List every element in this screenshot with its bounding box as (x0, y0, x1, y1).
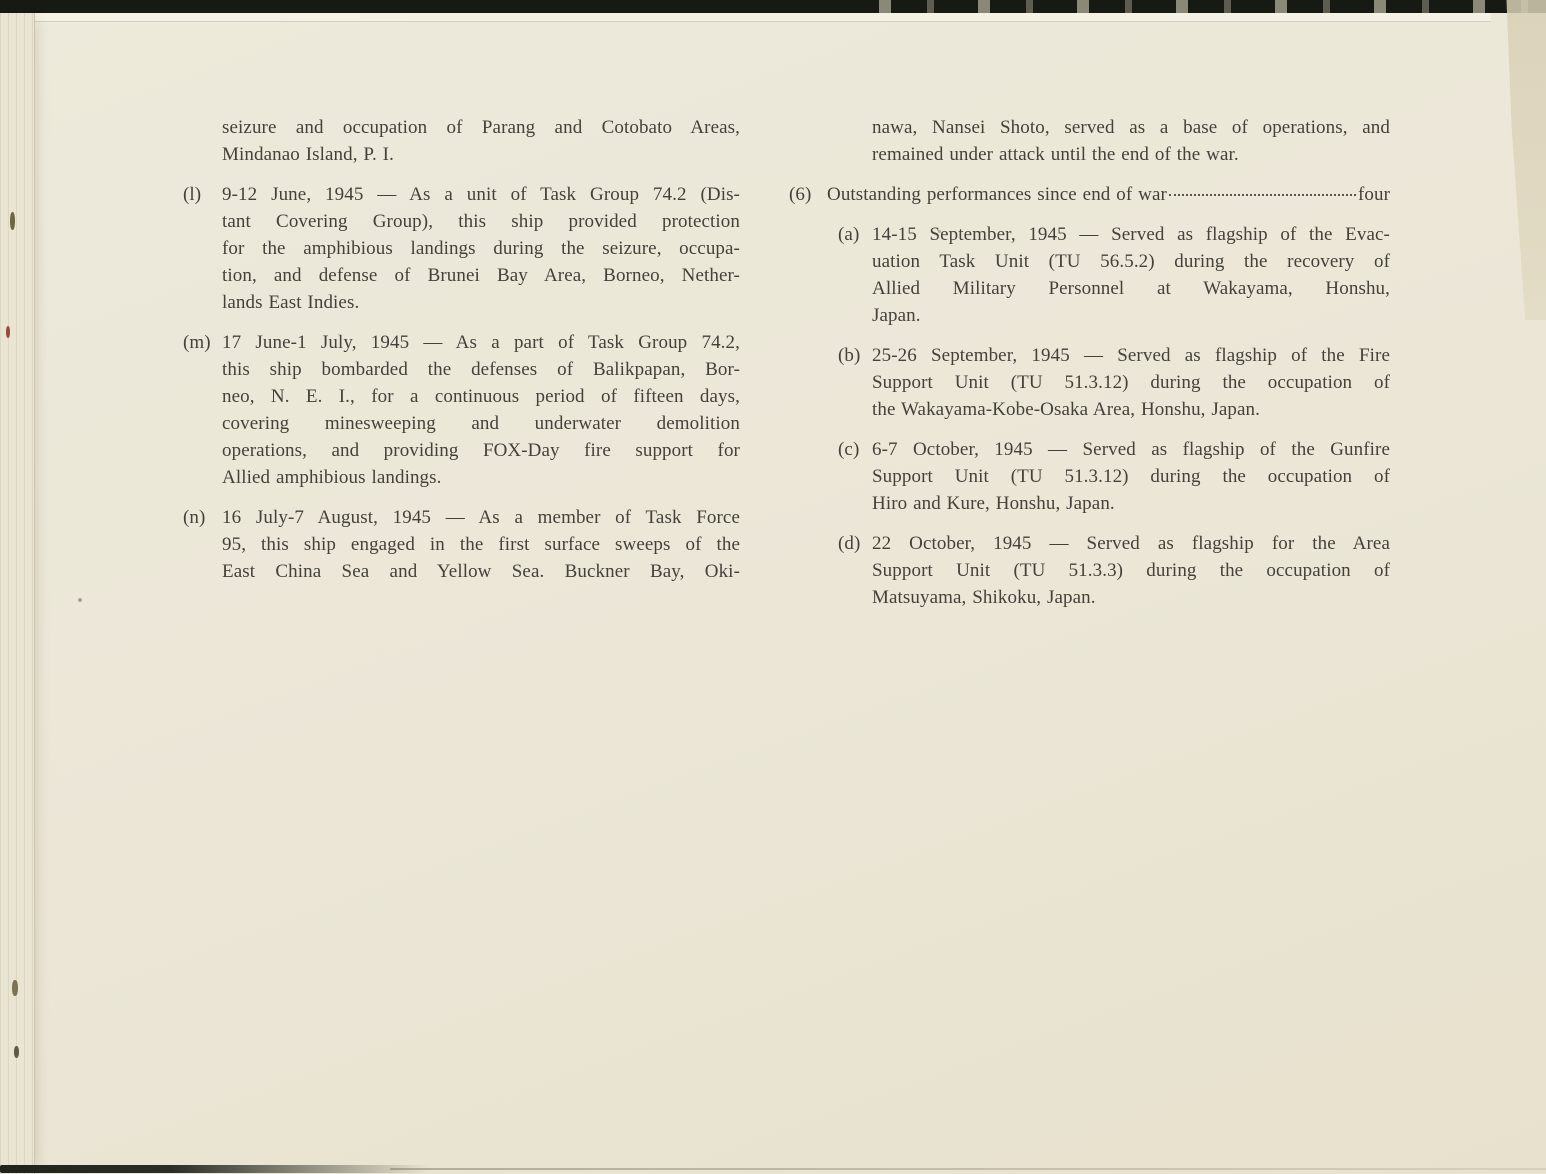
book-binding-edge (0, 13, 35, 1174)
item-label: (n) (183, 504, 222, 585)
heading-item-6: (6) Outstanding performances since end o… (789, 181, 1390, 208)
book-bottom-shadow (0, 1165, 430, 1173)
right-column-items: (a) 14-15 September, 1945 — Served as fl… (789, 221, 1390, 611)
list-item: (d) 22 October, 1945 — Served as flagshi… (789, 530, 1390, 611)
item-label: (l) (183, 181, 222, 316)
list-item: (a) 14-15 September, 1945 — Served as fl… (789, 221, 1390, 329)
paper-speck (78, 598, 82, 602)
list-item: (m) 17 June-1 July, 1945 — As a part of … (183, 329, 740, 491)
item-text: 16 July-7 August, 1945 — As a member of … (222, 504, 740, 585)
list-item: (c) 6-7 October, 1945 — Served as flagsh… (789, 436, 1390, 517)
binding-tear-mark (10, 212, 15, 230)
item-text: 14-15 September, 1945 — Served as flagsh… (872, 221, 1390, 329)
item-text: 17 June-1 July, 1945 — As a part of Task… (222, 329, 740, 491)
scanned-book-page: seizure and occupation of Parang and Cot… (0, 0, 1546, 1174)
item-label: (d) (838, 530, 872, 611)
paragraph-text: seizure and occupation of Parang and Cot… (222, 114, 740, 168)
item-label: (a) (838, 221, 872, 329)
list-item: (n) 16 July-7 August, 1945 — As a member… (183, 504, 740, 585)
page-bottom-edge-line (390, 1168, 1546, 1170)
dotted-leader (1169, 194, 1356, 196)
page-top-edge-highlight (0, 13, 1491, 22)
item-label: (c) (838, 436, 872, 517)
heading-text: Outstanding performances since end of wa… (827, 181, 1167, 208)
item-label: (m) (183, 329, 222, 491)
list-item: (l) 9-12 June, 1945 — As a unit of Task … (183, 181, 740, 316)
list-item: (b) 25-26 September, 1945 — Served as fl… (789, 342, 1390, 423)
item-text: 6-7 October, 1945 — Served as flagship o… (872, 436, 1390, 517)
binding-tear-mark (12, 980, 18, 996)
paragraph-text: nawa, Nansei Shoto, served as a base of … (872, 114, 1390, 168)
item-text: 22 October, 1945 — Served as flagship fo… (872, 530, 1390, 611)
binding-tear-mark (6, 326, 10, 338)
heading-label: (6) (789, 181, 827, 208)
item-label: (b) (838, 342, 872, 423)
page-deckle-edge (1494, 0, 1546, 320)
leader-value: four (1358, 181, 1390, 208)
continuation-paragraph: seizure and occupation of Parang and Cot… (183, 114, 740, 168)
item-text: 9-12 June, 1945 — As a unit of Task Grou… (222, 181, 740, 316)
left-column: seizure and occupation of Parang and Cot… (183, 114, 740, 598)
continuation-paragraph: nawa, Nansei Shoto, served as a base of … (789, 114, 1390, 168)
left-column-items: (l) 9-12 June, 1945 — As a unit of Task … (183, 181, 740, 585)
heading-body: Outstanding performances since end of wa… (827, 181, 1390, 208)
item-text: 25-26 September, 1945 — Served as flagsh… (872, 342, 1390, 423)
right-column: nawa, Nansei Shoto, served as a base of … (789, 114, 1390, 624)
book-cover-top-edge (0, 0, 1546, 13)
binding-tear-mark (14, 1046, 19, 1058)
